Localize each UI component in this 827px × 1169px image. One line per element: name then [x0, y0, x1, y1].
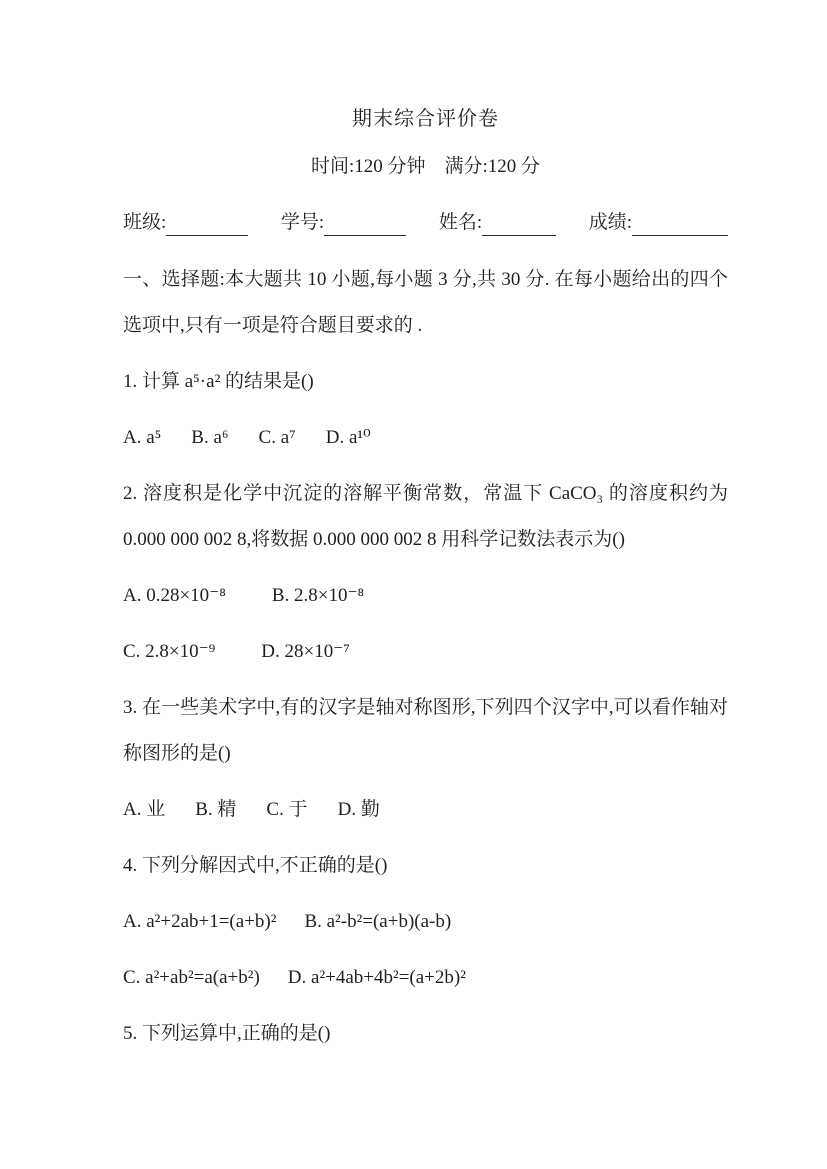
exam-page: 期末综合评价卷 时间:120 分钟 满分:120 分 班级: 学号: 姓名: 成…: [0, 0, 827, 1169]
question-2-options-row-1: A. 0.28×10⁻⁸ B. 2.8×10⁻⁸: [123, 573, 728, 619]
option-b: B. 精: [195, 787, 236, 833]
option-a: A. 业: [123, 787, 165, 833]
option-c: C. 于: [266, 787, 307, 833]
question-text: 1. 计算 a⁵·a² 的结果是(): [123, 359, 728, 405]
option-d: D. a²+4ab+4b²=(a+2b)²: [288, 955, 466, 1001]
question-text: 3. 在一些美术字中,有的汉字是轴对称图形,下列四个汉字中,可以看作轴对称图形的…: [123, 685, 728, 777]
question-3: 3. 在一些美术字中,有的汉字是轴对称图形,下列四个汉字中,可以看作轴对称图形的…: [123, 685, 728, 833]
name-label: 姓名:: [439, 212, 482, 233]
option-b: B. a⁶: [191, 415, 228, 461]
question-1-options: A. a⁵ B. a⁶ C. a⁷ D. a¹⁰: [123, 415, 728, 461]
question-1: 1. 计算 a⁵·a² 的结果是() A. a⁵ B. a⁶ C. a⁷ D. …: [123, 359, 728, 461]
question-2: 2. 溶度积是化学中沉淀的溶解平衡常数，常温下 CaCO₃ 的溶度积约为 0.0…: [123, 471, 728, 675]
question-5: 5. 下列运算中,正确的是(): [123, 1011, 728, 1057]
student-no-label: 学号:: [281, 212, 324, 233]
student-no-field: 学号:: [281, 210, 406, 236]
option-c: C. a²+ab²=a(a+b²): [123, 955, 260, 1001]
option-c: C. 2.8×10⁻⁹: [123, 629, 215, 675]
score-field: 成绩:: [589, 210, 728, 236]
page-title: 期末综合评价卷: [123, 106, 728, 133]
option-c: C. a⁷: [259, 415, 296, 461]
option-b: B. 2.8×10⁻⁸: [272, 573, 364, 619]
question-4-options-row-2: C. a²+ab²=a(a+b²) D. a²+4ab+4b²=(a+2b)²: [123, 955, 728, 1001]
option-d: D. 勤: [338, 787, 380, 833]
name-blank: [482, 216, 556, 236]
exam-meta-line: 时间:120 分钟 满分:120 分: [123, 154, 728, 180]
question-4: 4. 下列分解因式中,不正确的是() A. a²+2ab+1=(a+b)² B.…: [123, 843, 728, 1001]
section-one-instructions: 一、选择题:本大题共 10 小题,每小题 3 分,共 30 分. 在每小题给出的…: [123, 257, 728, 349]
score-blank: [632, 216, 728, 236]
student-info-row: 班级: 学号: 姓名: 成绩:: [123, 210, 728, 236]
class-label: 班级:: [123, 212, 166, 233]
student-no-blank: [324, 216, 406, 236]
question-text: 5. 下列运算中,正确的是(): [123, 1011, 728, 1057]
option-a: A. a⁵: [123, 415, 161, 461]
name-field: 姓名:: [439, 210, 556, 236]
option-d: D. a¹⁰: [326, 415, 371, 461]
question-4-options-row-1: A. a²+2ab+1=(a+b)² B. a²-b²=(a+b)(a-b): [123, 899, 728, 945]
option-d: D. 28×10⁻⁷: [261, 629, 350, 675]
question-text: 2. 溶度积是化学中沉淀的溶解平衡常数，常温下 CaCO₃ 的溶度积约为 0.0…: [123, 471, 728, 563]
option-b: B. a²-b²=(a+b)(a-b): [304, 899, 451, 945]
score-label: 成绩:: [589, 212, 632, 233]
option-a: A. a²+2ab+1=(a+b)²: [123, 899, 276, 945]
option-a: A. 0.28×10⁻⁸: [123, 573, 226, 619]
question-text: 4. 下列分解因式中,不正确的是(): [123, 843, 728, 889]
class-blank: [166, 216, 248, 236]
class-field: 班级:: [123, 210, 248, 236]
question-3-options: A. 业 B. 精 C. 于 D. 勤: [123, 787, 728, 833]
question-2-options-row-2: C. 2.8×10⁻⁹ D. 28×10⁻⁷: [123, 629, 728, 675]
